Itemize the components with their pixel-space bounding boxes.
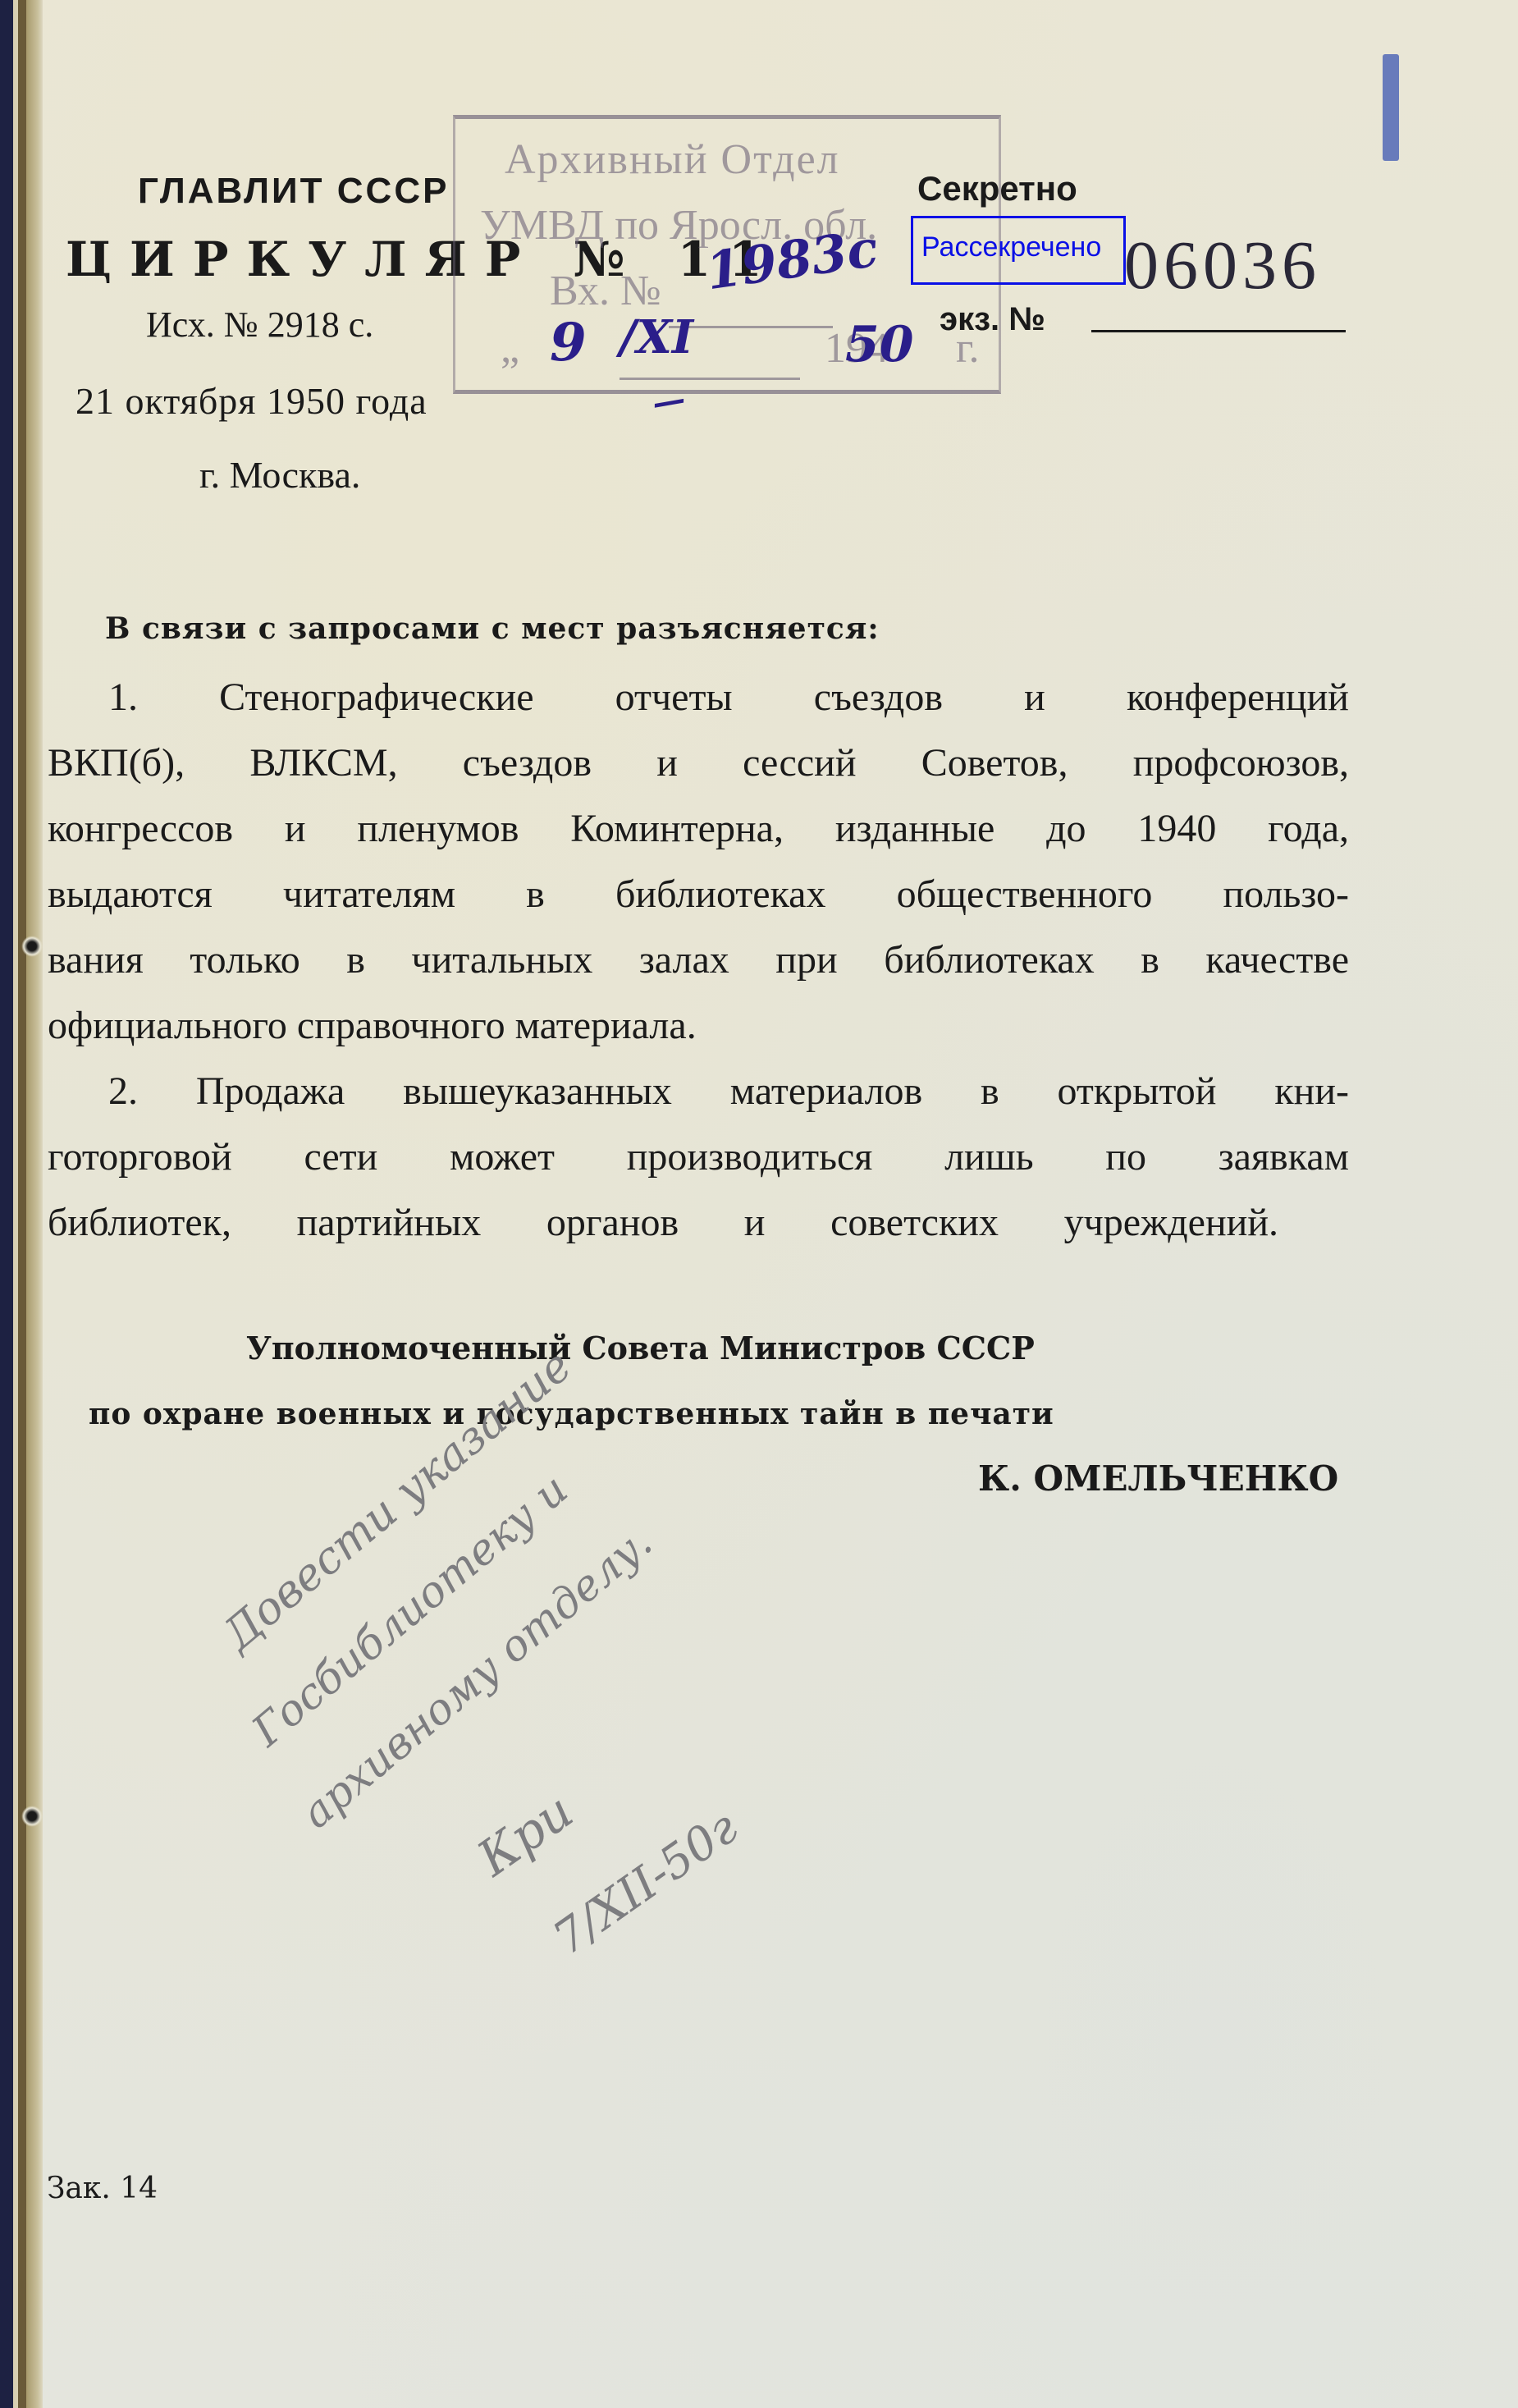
body-intro: В связи с запросами с мест разъясняется: bbox=[105, 611, 880, 646]
body-line: официального справочного материала. bbox=[48, 1003, 697, 1048]
binding-shadow-strip bbox=[18, 0, 26, 2408]
binding-hole-icon bbox=[21, 936, 43, 957]
declassified-box: Рассекречено bbox=[911, 216, 1126, 285]
binding-cover-edge bbox=[0, 0, 13, 2408]
copy-number-blank-line bbox=[1091, 330, 1346, 332]
stamp-line-archive: Архивный Отдел bbox=[505, 135, 840, 184]
handwritten-day: 9 bbox=[550, 312, 587, 373]
stamp-date-underline bbox=[620, 378, 800, 380]
body-line: 2. Продажа вышеуказанных материалов в от… bbox=[108, 1069, 1349, 1114]
body-line: конгрессов и пленумов Коминтерна, изданн… bbox=[48, 806, 1349, 851]
body-line: ВКП(б), ВЛКСМ, съездов и сессий Советов,… bbox=[48, 740, 1349, 785]
stamp-incoming-label: Вх. № bbox=[550, 267, 661, 315]
signatory-name: К. ОМЕЛЬЧЕНКО bbox=[978, 1458, 1338, 1499]
handwritten-month: /XI bbox=[620, 310, 693, 364]
declassified-label: Рассекречено bbox=[921, 231, 1101, 263]
binding-hole-icon bbox=[21, 1806, 43, 1827]
copy-number-label: экз. № bbox=[940, 301, 1045, 338]
body-line: библиотек, партийных органов и советских… bbox=[48, 1200, 1278, 1245]
handwritten-year: 50 bbox=[845, 316, 914, 373]
body-line: 1. Стенографические отчеты съездов и кон… bbox=[108, 675, 1349, 720]
secret-label: Секретно bbox=[917, 169, 1077, 208]
stamp-date-open-quote: „ bbox=[501, 324, 519, 373]
signatory-office: по охране военных и государственных тайн… bbox=[89, 1397, 1054, 1431]
body-line: готорговой сети может производиться лишь… bbox=[48, 1134, 1349, 1179]
organization-name: ГЛАВЛИТ СССР bbox=[138, 171, 449, 212]
document-date: 21 октября 1950 года bbox=[75, 379, 428, 423]
outgoing-number: Исх. № 2918 с. bbox=[146, 304, 373, 346]
signatory-title: Уполномоченный Совета Министров СССР bbox=[246, 1330, 1035, 1367]
document-city: г. Москва. bbox=[199, 453, 360, 497]
binding-gutter bbox=[26, 0, 43, 2408]
body-line: выдаются читателям в библиотеках обществ… bbox=[48, 872, 1349, 917]
serial-number-stamp: 06036 bbox=[1124, 226, 1321, 305]
print-order-number: Зак. 14 bbox=[47, 2172, 158, 2205]
body-line: вания только в читальных залах при библи… bbox=[48, 937, 1349, 982]
ink-dash-mark-icon: — bbox=[649, 379, 688, 423]
blue-pencil-mark-icon bbox=[1383, 54, 1399, 161]
